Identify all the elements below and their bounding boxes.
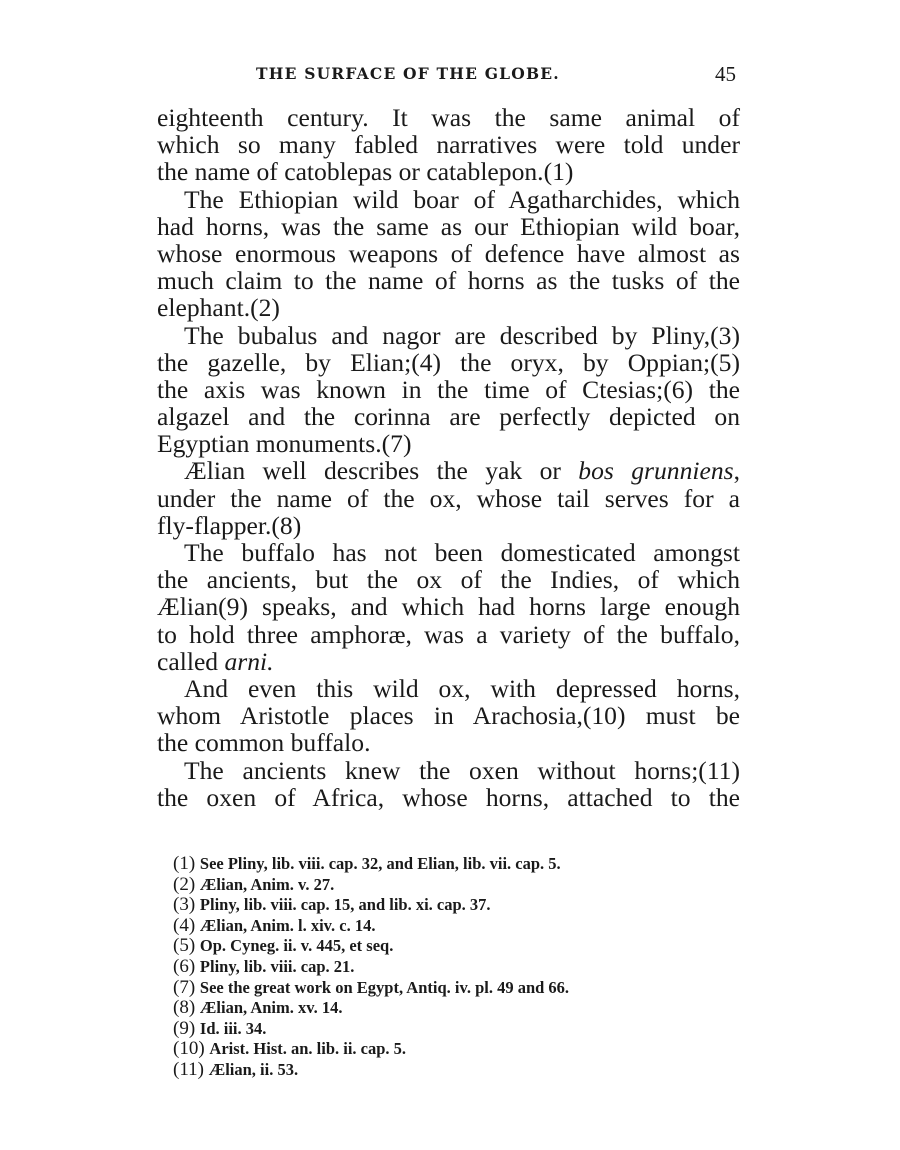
footnote: (3) Pliny, lib. viii. cap. 15, and lib. … <box>173 895 733 916</box>
footnote: (2) Ælian, Anim. v. 27. <box>173 875 733 896</box>
footnote-text: Ælian, Anim. v. 27. <box>200 875 334 894</box>
footnote: (8) Ælian, Anim. xv. 14. <box>173 998 733 1019</box>
footnote-text: Pliny, lib. viii. cap. 21. <box>200 957 355 976</box>
text-line: much claim to the name of horns as the t… <box>157 267 740 294</box>
text-line: to hold three amphoræ, was a variety of … <box>157 621 740 648</box>
text-line: whose enormous weapons of defence have a… <box>157 240 740 267</box>
footnote-text: See the great work on Egypt, Antiq. iv. … <box>200 978 569 997</box>
text-line: called arni. <box>157 648 740 675</box>
running-head: THE SURFACE OF THE GLOBE. 45 <box>256 62 736 90</box>
text-line: The bubalus and nagor are described by P… <box>157 322 740 349</box>
footnote-mark: (4) <box>173 915 200 936</box>
text-line: the axis was known in the time of Ctesia… <box>157 376 740 403</box>
footnote-mark: (8) <box>173 997 200 1018</box>
italic-term: arni. <box>225 647 274 676</box>
footnote-text: Ælian, ii. 53. <box>209 1060 298 1079</box>
text-line: fly-flapper.(8) <box>157 512 740 539</box>
footnote: (1) See Pliny, lib. viii. cap. 32, and E… <box>173 854 733 875</box>
footnote: (5) Op. Cyneg. ii. v. 445, et seq. <box>173 936 733 957</box>
text-line: The Ethiopian wild boar of Agatharchides… <box>157 186 740 213</box>
running-head-title: THE SURFACE OF THE GLOBE. <box>256 64 560 83</box>
footnote-mark: (1) <box>173 853 200 874</box>
footnote-mark: (10) <box>173 1038 209 1059</box>
body-text: eighteenth century. It was the same anim… <box>157 104 740 811</box>
footnote-text: Ælian, Anim. xv. 14. <box>200 998 343 1017</box>
text-line: Ælian(9) speaks, and which had horns lar… <box>157 593 740 620</box>
text-line: elephant.(2) <box>157 294 740 321</box>
footnote-text: Op. Cyneg. ii. v. 445, et seq. <box>200 936 393 955</box>
text-line: The ancients knew the oxen without horns… <box>157 757 740 784</box>
footnote: (10) Arist. Hist. an. lib. ii. cap. 5. <box>173 1039 733 1060</box>
footnotes: (1) See Pliny, lib. viii. cap. 32, and E… <box>173 854 733 1081</box>
footnote-mark: (2) <box>173 874 200 895</box>
text-line: algazel and the corinna are perfectly de… <box>157 403 740 430</box>
text-line: eighteenth century. It was the same anim… <box>157 104 740 131</box>
italic-term: bos grunniens <box>578 456 733 485</box>
footnote-mark: (3) <box>173 894 200 915</box>
footnote-text: Arist. Hist. an. lib. ii. cap. 5. <box>209 1039 406 1058</box>
footnote: (6) Pliny, lib. viii. cap. 21. <box>173 957 733 978</box>
text-line: the ancients, but the ox of the Indies, … <box>157 566 740 593</box>
footnote: (4) Ælian, Anim. l. xiv. c. 14. <box>173 916 733 937</box>
text-line: the oxen of Africa, whose horns, attache… <box>157 784 740 811</box>
footnote-mark: (5) <box>173 935 200 956</box>
footnote-mark: (7) <box>173 977 200 998</box>
footnote-mark: (9) <box>173 1018 200 1039</box>
text-line: the gazelle, by Elian;(4) the oryx, by O… <box>157 349 740 376</box>
book-page: THE SURFACE OF THE GLOBE. 45 eighteenth … <box>0 0 900 1150</box>
footnote-mark: (6) <box>173 956 200 977</box>
text-line: under the name of the ox, whose tail ser… <box>157 485 740 512</box>
page-number: 45 <box>715 62 736 87</box>
text-line: which so many fabled narratives were tol… <box>157 131 740 158</box>
footnote-mark: (11) <box>173 1059 209 1080</box>
footnote-text: See Pliny, lib. viii. cap. 32, and Elian… <box>200 854 561 873</box>
footnote: (7) See the great work on Egypt, Antiq. … <box>173 978 733 999</box>
text-line: had horns, was the same as our Ethiopian… <box>157 213 740 240</box>
footnote: (9) Id. iii. 34. <box>173 1019 733 1040</box>
text-line: whom Aristotle places in Arachosia,(10) … <box>157 702 740 729</box>
footnote-text: Id. iii. 34. <box>200 1019 266 1038</box>
text-line: the name of catoblepas or catablepon.(1) <box>157 158 740 185</box>
footnote: (11) Ælian, ii. 53. <box>173 1060 733 1081</box>
text-line: And even this wild ox, with depressed ho… <box>157 675 740 702</box>
text-line: Egyptian monuments.(7) <box>157 430 740 457</box>
text-line: the common buffalo. <box>157 729 740 756</box>
footnote-text: Pliny, lib. viii. cap. 15, and lib. xi. … <box>200 895 491 914</box>
text-line: The buffalo has not been domesticated am… <box>157 539 740 566</box>
text-line: Ælian well describes the yak or bos grun… <box>157 457 740 484</box>
footnote-text: Ælian, Anim. l. xiv. c. 14. <box>200 916 376 935</box>
